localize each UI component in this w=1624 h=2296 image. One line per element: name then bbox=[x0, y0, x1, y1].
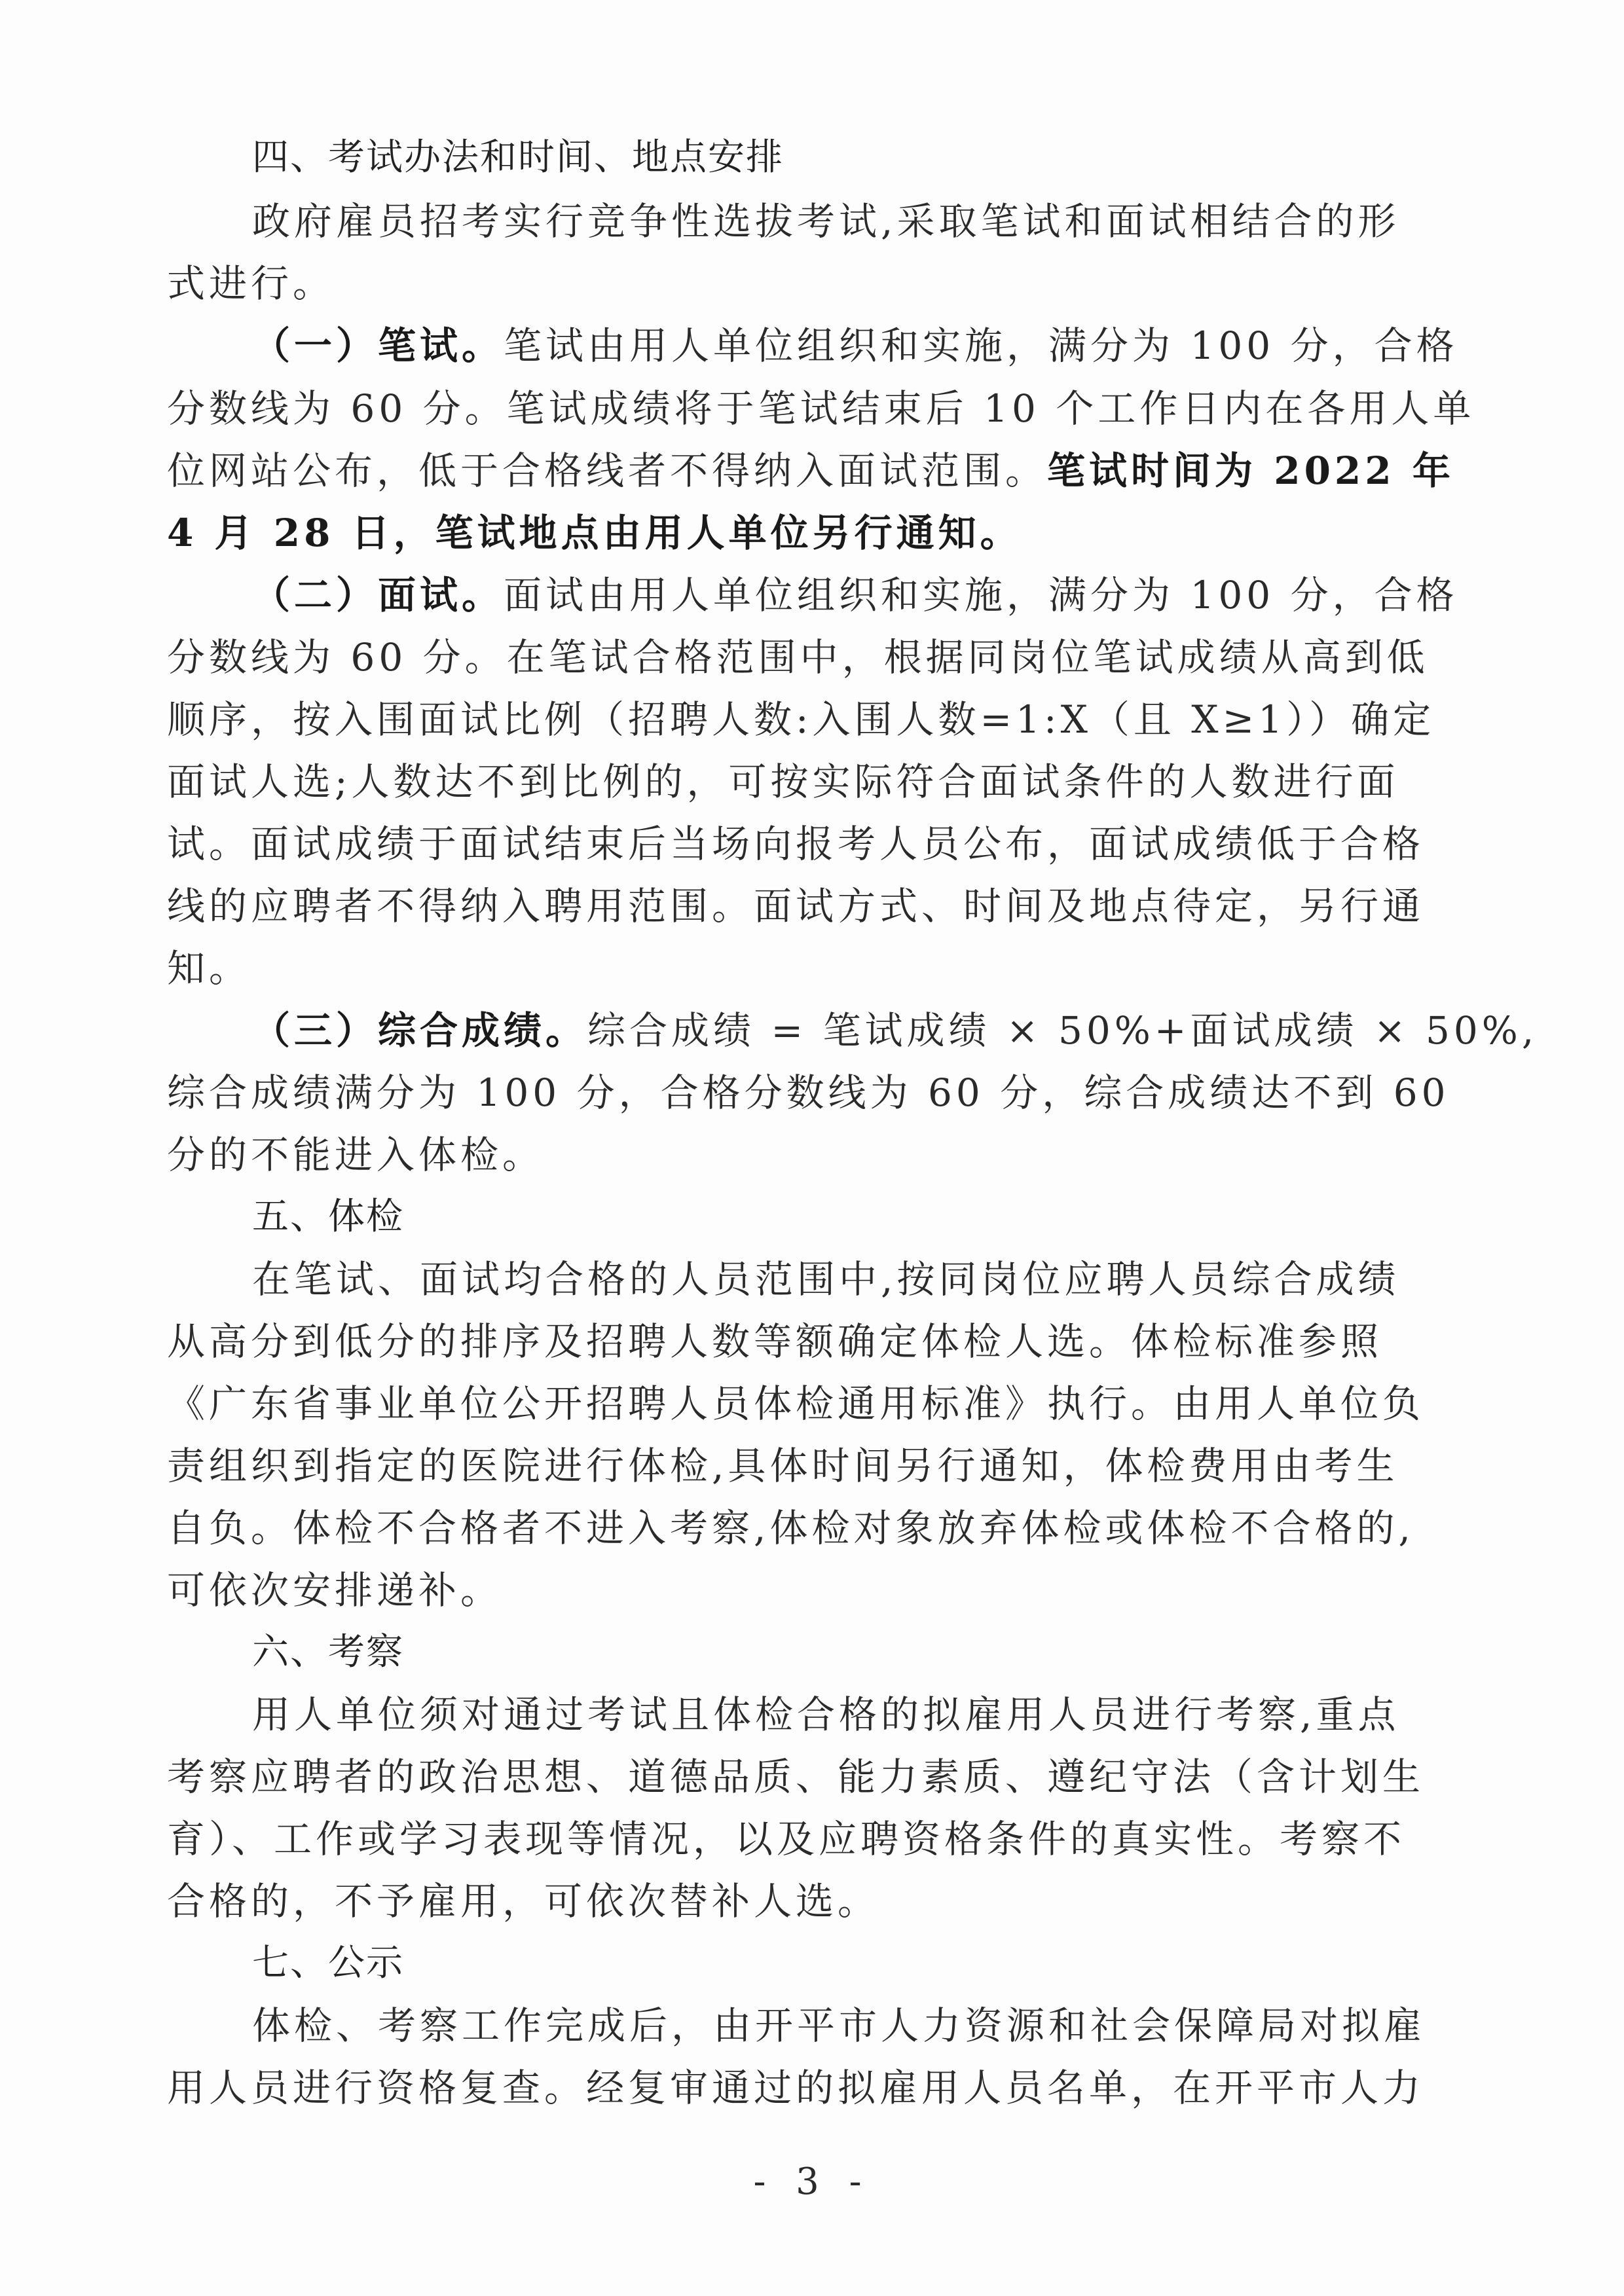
paragraph-line: 式进行。 bbox=[167, 260, 1470, 307]
paragraph-text: 位网站公布，低于合格线者不得纳入面试范围。 bbox=[167, 448, 1047, 493]
paragraph-line: 试。面试成绩于面试结束后当场向报考人员公布，面试成绩低于合格 bbox=[167, 820, 1470, 867]
paragraph-line-composite-score: （三）综合成绩。综合成绩 = 笔试成绩 × 50%+面试成绩 × 50%, bbox=[252, 1007, 1470, 1054]
paragraph-line: 位网站公布，低于合格线者不得纳入面试范围。笔试时间为 2022 年 bbox=[167, 447, 1470, 494]
paragraph-line: 考察应聘者的政治思想、道德品质、能力素质、遵纪守法（含计划生 bbox=[167, 1753, 1470, 1800]
paragraph-line: 用人单位须对通过考试且体检合格的拟雇用人员进行考察,重点 bbox=[252, 1691, 1470, 1738]
subheading-interview: （二）面试。 bbox=[252, 573, 504, 617]
document-page: 四、考试办法和时间、地点安排 政府雇员招考实行竞争性选拔考试,采取笔试和面试相结… bbox=[0, 0, 1624, 2296]
paragraph-line: 面试人选;人数达不到比例的，可按实际符合面试条件的人数进行面 bbox=[167, 758, 1470, 805]
page-number: - 3 - bbox=[0, 2160, 1624, 2203]
paragraph-line: 育）、工作或学习表现等情况，以及应聘资格条件的真实性。考察不 bbox=[167, 1815, 1470, 1863]
paragraph-line: 合格的，不予雇用，可依次替补人选。 bbox=[167, 1878, 1470, 1925]
paragraph-line: 责组织到指定的医院进行体检,具体时间另行通知，体检费用由考生 bbox=[167, 1442, 1470, 1489]
subheading-written-exam: （一）笔试。 bbox=[252, 323, 504, 368]
paragraph-text: 综合成绩 = 笔试成绩 × 50%+面试成绩 × 50%, bbox=[587, 1008, 1538, 1053]
paragraph-line: 自负。体检不合格者不进入考察,体检对象放弃体检或体检不合格的, bbox=[167, 1504, 1470, 1552]
emphasis-exam-location: 4 月 28 日，笔试地点由用人单位另行通知。 bbox=[167, 509, 1470, 556]
section-heading-6: 六、考察 bbox=[252, 1629, 1470, 1676]
paragraph-line: 分数线为 60 分。在笔试合格范围中，根据同岗位笔试成绩从高到低 bbox=[167, 634, 1470, 681]
emphasis-exam-date: 笔试时间为 2022 年 bbox=[1047, 448, 1454, 493]
paragraph-line: 综合成绩满分为 100 分，合格分数线为 60 分，综合成绩达不到 60 bbox=[167, 1069, 1470, 1116]
section-heading-4: 四、考试办法和时间、地点安排 bbox=[252, 134, 1470, 181]
paragraph-line: 《广东省事业单位公开招聘人员体检通用标准》执行。由用人单位负 bbox=[167, 1380, 1470, 1427]
section-heading-5: 五、体检 bbox=[252, 1194, 1470, 1241]
paragraph-text: 笔试由用人单位组织和实施，满分为 100 分，合格 bbox=[504, 323, 1458, 368]
paragraph-line: 可依次安排递补。 bbox=[167, 1567, 1470, 1614]
section-heading-7: 七、公示 bbox=[252, 1940, 1470, 1987]
paragraph-line: 知。 bbox=[167, 945, 1470, 992]
paragraph-line: 用人员进行资格复查。经复审通过的拟雇用人员名单，在开平市人力 bbox=[167, 2064, 1470, 2111]
paragraph-line: 在笔试、面试均合格的人员范围中,按同岗位应聘人员综合成绩 bbox=[252, 1256, 1470, 1303]
paragraph-line: 顺序，按入围面试比例（招聘人数:入围人数=1:X（且 X≥1））确定 bbox=[167, 696, 1470, 743]
paragraph-line: 政府雇员招考实行竞争性选拔考试,采取笔试和面试相结合的形 bbox=[252, 198, 1470, 245]
paragraph-line: 线的应聘者不得纳入聘用范围。面试方式、时间及地点待定，另行通 bbox=[167, 883, 1470, 930]
paragraph-line: 分的不能进入体检。 bbox=[167, 1131, 1470, 1178]
subheading-composite-score: （三）综合成绩。 bbox=[252, 1008, 587, 1053]
paragraph-text: 面试由用人单位组织和实施，满分为 100 分，合格 bbox=[504, 573, 1458, 617]
paragraph-line: 分数线为 60 分。笔试成绩将于笔试结束后 10 个工作日内在各用人单 bbox=[167, 385, 1470, 432]
paragraph-line: 体检、考察工作完成后，由开平市人力资源和社会保障局对拟雇 bbox=[252, 2002, 1470, 2049]
paragraph-line-interview: （二）面试。面试由用人单位组织和实施，满分为 100 分，合格 bbox=[252, 572, 1470, 619]
paragraph-line: 从高分到低分的排序及招聘人数等额确定体检人选。体检标准参照 bbox=[167, 1318, 1470, 1365]
paragraph-line-written-exam: （一）笔试。笔试由用人单位组织和实施，满分为 100 分，合格 bbox=[252, 322, 1470, 369]
